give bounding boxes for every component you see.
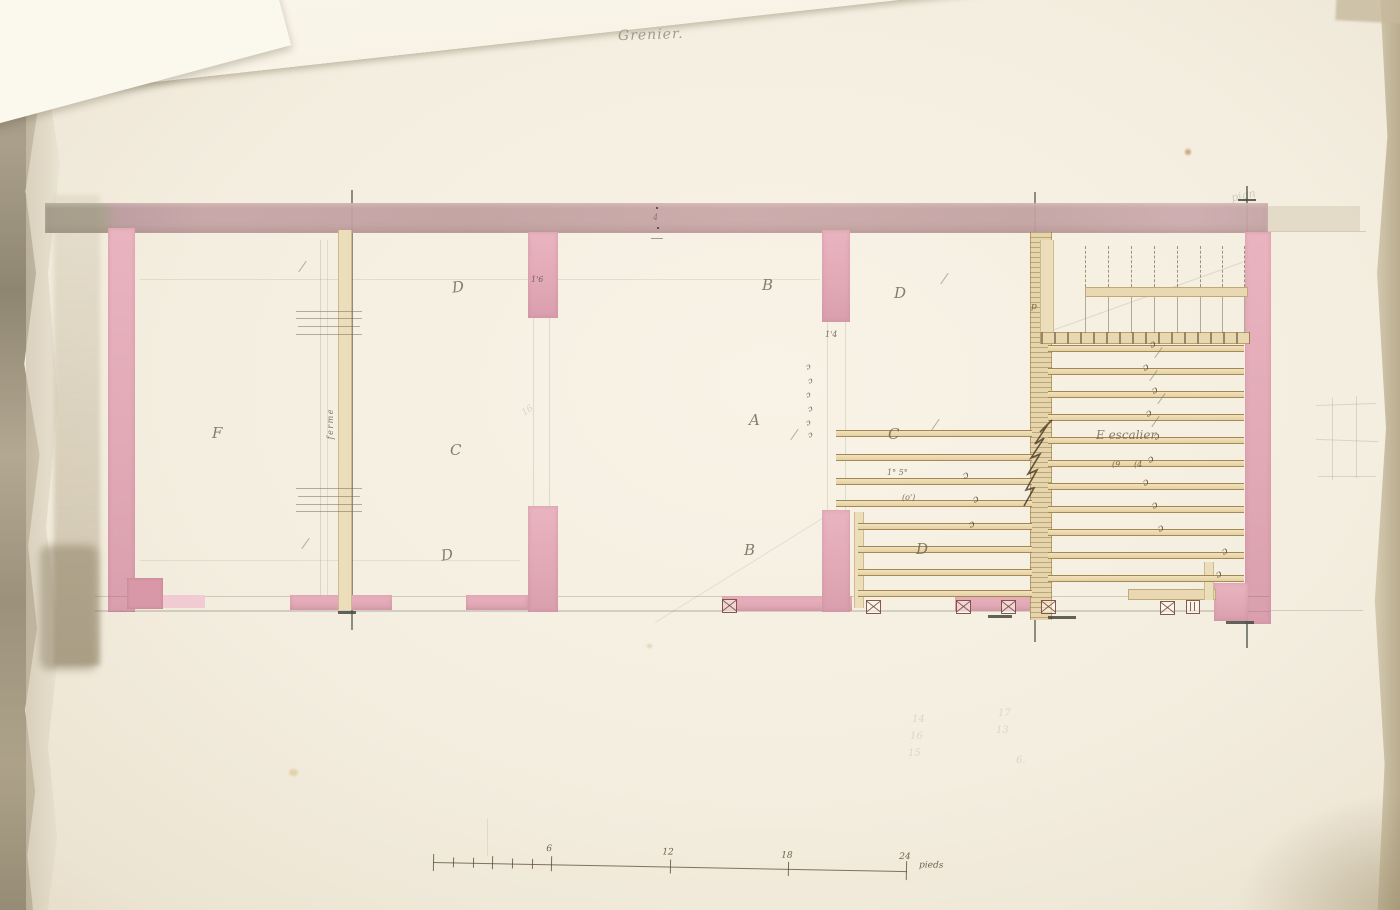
stair-tread-dashed [1177, 246, 1178, 287]
room-label: B [762, 276, 773, 294]
top-right-paper-edge [1335, 0, 1400, 24]
room-label: D [451, 277, 465, 296]
stair-p-mark: p [1031, 302, 1037, 312]
bottom-wall-corner-step [1214, 583, 1248, 621]
margin-sketch-line [1316, 439, 1378, 442]
joist-beam [836, 478, 1032, 485]
pier-dimension: 1'4 [825, 330, 837, 339]
scale-tick [473, 858, 474, 868]
pencil-line [140, 279, 820, 280]
stair-rail [1085, 287, 1248, 297]
stair-enclosure-left [1040, 240, 1054, 344]
scale-tick [433, 854, 434, 871]
partition-tick [296, 311, 362, 312]
right-wall [1245, 232, 1271, 624]
room-label: C [450, 441, 461, 459]
scale-tick [532, 859, 533, 869]
pencil-stroke [931, 419, 939, 430]
ink-scrawl [1018, 418, 1056, 510]
faint-number: 6. [1016, 755, 1026, 766]
joist-beam [858, 523, 1032, 530]
joist-beam [836, 430, 1032, 437]
fox-spot [289, 769, 298, 776]
partition-word: ferme [326, 408, 335, 439]
scale-label: 6 [546, 844, 552, 854]
pencil-line [140, 560, 520, 561]
partition-tick [296, 511, 362, 512]
left-margin-dark-blotch [40, 545, 98, 670]
stair-tread [1200, 297, 1201, 333]
joist-beam [1048, 575, 1244, 582]
partition-tick [296, 504, 362, 505]
stair-tread [1177, 297, 1178, 333]
window-x-mark [1001, 600, 1016, 614]
stair-tread [1222, 297, 1223, 333]
top-wall-dot [657, 227, 659, 229]
stair-room-label: E escalier [1096, 428, 1156, 442]
pencil-partition [827, 322, 828, 510]
joist-beam [1048, 529, 1244, 536]
window-x-mark [956, 600, 971, 614]
partition-tick [296, 318, 362, 319]
bottom-wall-outline [95, 596, 1270, 597]
room-label: D [894, 284, 906, 302]
pencil-stroke [301, 538, 309, 549]
stair-tread [1131, 297, 1132, 333]
faint-number: 14 [912, 714, 925, 725]
joist-beam [836, 500, 1032, 507]
foundation-tick [1048, 616, 1076, 619]
stair-tread [1108, 297, 1109, 333]
stair-enclosure-bottom [1040, 332, 1250, 344]
partition-tick [298, 326, 360, 327]
scale-label: 24 [899, 852, 911, 862]
window-striped-mark [1186, 600, 1200, 614]
joist-beam [858, 569, 1032, 576]
scale-tick [492, 856, 493, 869]
margin-sketch-line [1318, 476, 1376, 477]
stair-tread [1154, 297, 1155, 333]
stair-tread-dashed [1085, 246, 1086, 287]
pencil-line [487, 818, 488, 856]
pencil-line [320, 240, 321, 600]
room-label: D [440, 545, 454, 564]
pencil-stroke [790, 429, 798, 440]
beam-note: (4 [1134, 460, 1142, 469]
top-wall-extension [1268, 206, 1360, 232]
joist-beam [1048, 391, 1244, 398]
scale-bar: 6 12 18 24 pieds [433, 845, 934, 891]
room-label: D [916, 540, 928, 558]
stair-tread-dashed [1200, 246, 1201, 287]
top-wall-dot [656, 207, 658, 209]
pier [822, 230, 850, 322]
room-label: F [212, 424, 222, 442]
scale-label: 12 [662, 847, 674, 857]
scale-unit: pieds [919, 860, 944, 870]
scale-tick [788, 862, 789, 876]
partition-hook-mark: ɔ [804, 417, 812, 427]
beam-note: 1° 5° [887, 468, 908, 477]
right-page-edge [1372, 0, 1400, 910]
partition-tick [296, 488, 362, 489]
faint-number: 16 [910, 731, 923, 742]
margin-sketch-line [1356, 396, 1357, 478]
stair-tread-dashed [1244, 246, 1245, 287]
window-x-mark [1041, 600, 1056, 614]
partition-hook-mark: ɔ [806, 403, 814, 413]
partition-hook-mark: ɔ [806, 429, 814, 439]
beam-note: (9 [1112, 460, 1120, 469]
bottom-right-corner-shade [1230, 790, 1400, 910]
room-label: B [744, 541, 755, 559]
joist-beam [1048, 345, 1244, 352]
pencil-partition [549, 318, 550, 506]
bottom-wall-step [127, 578, 163, 609]
top-wall-dot [651, 238, 663, 239]
wood-sill-strip [1128, 589, 1216, 600]
window-x-mark [866, 600, 881, 614]
room-label: C [888, 425, 899, 443]
scale-tick [670, 860, 671, 874]
album-page-photo: Grenier. pign [0, 0, 1400, 910]
faint-number: 13 [996, 725, 1009, 736]
bottom-wall-segment [466, 595, 528, 610]
stair-tread [1244, 297, 1245, 333]
construction-tick [1238, 199, 1256, 201]
scale-label: 18 [781, 851, 793, 861]
scale-tick [512, 859, 513, 869]
stair-tread-dashed [1108, 246, 1109, 287]
joist-beam [836, 454, 1032, 461]
pencil-stroke [940, 273, 948, 284]
partition-hook-mark: ɔ [806, 375, 814, 385]
room-label: A [749, 411, 760, 429]
stair-tread-dashed [1131, 246, 1132, 287]
faint-number: 15 [908, 748, 921, 759]
joist-beam [1048, 460, 1244, 467]
scale-tick [551, 856, 552, 871]
margin-sketch-line [1316, 403, 1376, 406]
foundation-tick [988, 615, 1012, 618]
wood-partition [338, 230, 352, 610]
stair-tread-dashed [1154, 246, 1155, 287]
fox-spot [1185, 149, 1191, 155]
left-wall [108, 228, 135, 612]
fox-spot [647, 644, 652, 648]
partition-tick [298, 496, 360, 497]
window-x-mark [722, 599, 737, 613]
partition-tick [296, 334, 362, 335]
window-x-mark [1160, 601, 1175, 615]
top-right-pencil-note: pign [1230, 187, 1257, 205]
bottom-wall-outline [95, 611, 1270, 612]
foundation-tick [1226, 621, 1254, 624]
pier-dimension: 1'6 [531, 275, 543, 284]
partition-hook-mark: ɔ [804, 389, 812, 399]
beam-note: (o') [902, 493, 915, 502]
partition-hook-mark: ɔ [804, 361, 812, 371]
stair-tread [1085, 297, 1086, 333]
scale-tick [906, 861, 907, 880]
pencil-stroke [298, 261, 306, 272]
page-inscription: Grenier. [618, 26, 684, 44]
faint-number: 17 [998, 708, 1011, 719]
joist-beam [858, 546, 1032, 553]
stair-tread-dashed [1222, 246, 1223, 287]
scale-tick [453, 857, 454, 867]
foundation-tick [338, 611, 356, 614]
joist-beam [1048, 506, 1244, 513]
top-wall-tick-note: 4 [653, 213, 658, 222]
window-sill [163, 595, 205, 608]
pier [528, 506, 558, 612]
joist-beam [1048, 552, 1244, 559]
joist-beam [858, 590, 1032, 597]
pier [822, 510, 850, 612]
